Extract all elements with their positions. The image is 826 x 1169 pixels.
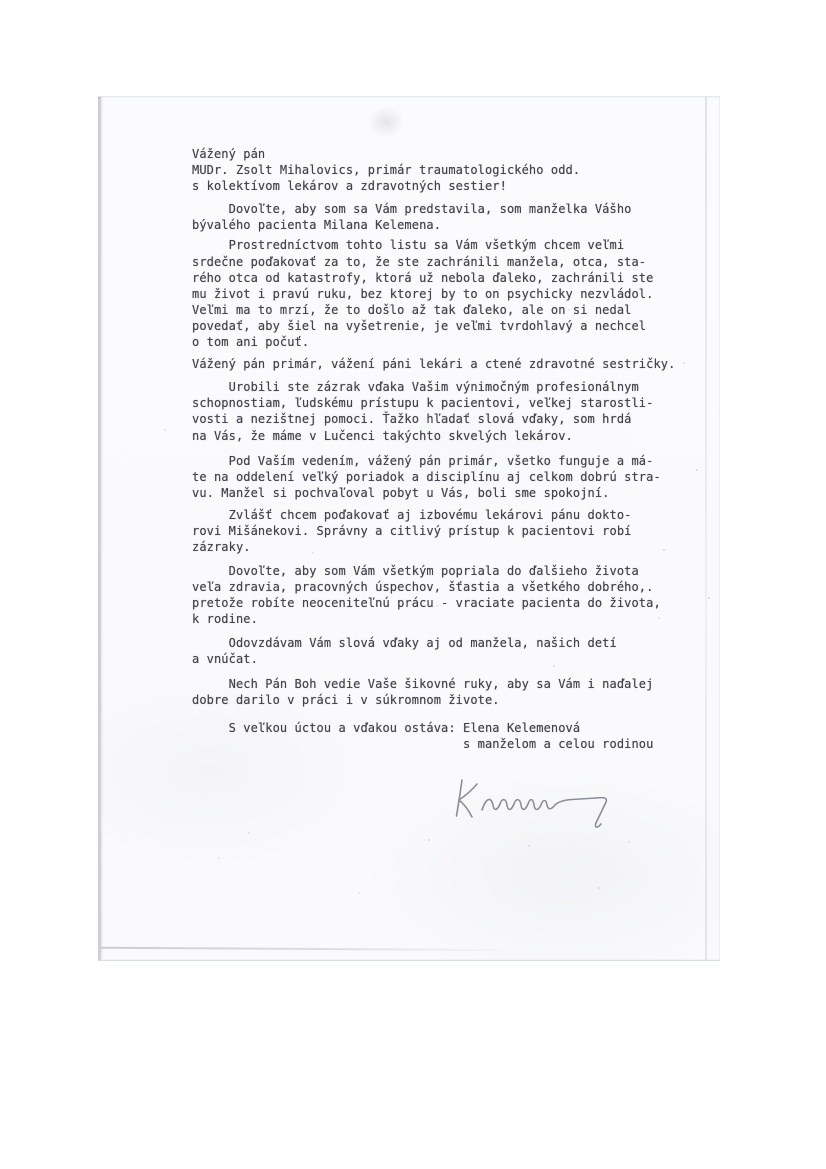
letter-block-wishes: Dovoľte, aby som Vám všetkým popriala do… [192, 563, 702, 627]
letter-line: mu život i pravú ruku, bez ktorej by to … [192, 286, 702, 302]
letter-line: Dovoľte, aby som Vám všetkým popriala do… [192, 563, 702, 579]
letter-text: Vážený pánMUDr. Zsolt Mihalovics, primár… [192, 146, 702, 752]
letter-line: Nech Pán Boh vedie Vaše šikovné ruky, ab… [192, 676, 702, 692]
letter-line: Prostredníctvom tohto listu sa Vám všetk… [192, 237, 702, 253]
letter-line: srdečne poďakovať za to, že ste zachráni… [192, 254, 702, 270]
signature-icon [446, 771, 636, 839]
letter-block-intro: Dovoľte, aby som sa Vám predstavila, som… [192, 201, 702, 233]
letter-line: rého otca od katastrofy, ktorá už nebola… [192, 270, 702, 286]
letter-line: s kolektívom lekárov a zdravotných sesti… [192, 178, 702, 194]
letter-block-leadership: Pod Vaším vedením, vážený pán primár, vš… [192, 453, 702, 501]
letter-line: na Vás, že máme v Lučenci takýchto skvel… [192, 428, 702, 444]
scan-speckles [98, 97, 99, 98]
letter-line: o tom ani počuť. [192, 334, 702, 350]
letter-line: vu. Manžel si pochvaľoval pobyt u Vás, b… [192, 485, 702, 501]
letter-line: k rodine. [192, 611, 702, 627]
letter-block-god: Nech Pán Boh vedie Vaše šikovné ruky, ab… [192, 676, 702, 708]
letter-block-doctor: Zvlášť chcem poďakovať aj izbovému lekár… [192, 507, 702, 555]
letter-line: te na oddelení veľký poriadok a disciplí… [192, 469, 702, 485]
letter-line: Pod Vaším vedením, vážený pán primár, vš… [192, 453, 702, 469]
letter-line: Veľmi ma to mrzí, že to došlo až tak ďal… [192, 302, 702, 318]
letter-line: MUDr. Zsolt Mihalovics, primár traumatol… [192, 162, 702, 178]
letter-line: bývalého pacienta Milana Kelemena. [192, 217, 702, 233]
letter-block-salutation: Vážený pánMUDr. Zsolt Mihalovics, primár… [192, 146, 702, 194]
letter-line: Vážený pán [192, 146, 702, 162]
letter-line: dobre darilo v práci i v súkromnom život… [192, 692, 702, 708]
letter-line: s manželom a celou rodinou [192, 736, 702, 752]
letter-block-miracle: Urobili ste zázrak vďaka Vašim výnimočný… [192, 379, 702, 443]
letter-block-address-line: Vážený pán primár, vážení páni lekári a … [192, 356, 702, 372]
letter-line: povedať, aby šiel na vyšetrenie, je veľm… [192, 318, 702, 334]
letter-line: Zvlášť chcem poďakovať aj izbovému lekár… [192, 507, 702, 523]
letter-line: pretože robíte neoceniteľnú prácu - vrac… [192, 595, 702, 611]
letter-line: veľa zdravia, pracovných úspechov, šťast… [192, 579, 702, 595]
scan-background: Vážený pánMUDr. Zsolt Mihalovics, primár… [0, 0, 826, 1169]
letter-line: zázraky. [192, 539, 702, 555]
letter-line: Urobili ste zázrak vďaka Vašim výnimočný… [192, 379, 702, 395]
letter-line: vosti a nezištnej pomoci. Ťažko hľadať s… [192, 411, 702, 427]
paper-crease-bottom [101, 947, 521, 952]
paper-crease-right [705, 97, 707, 960]
letter-line: rovi Mišánekovi. Správny a citlivý príst… [192, 523, 702, 539]
letter-line: a vnúčat. [192, 651, 702, 667]
letter-line: Vážený pán primár, vážení páni lekári a … [192, 356, 702, 372]
letter-line: schopnostiam, ľudskému prístupu k pacien… [192, 395, 702, 411]
scan-smudge [366, 105, 406, 139]
letter-line: Dovoľte, aby som sa Vám predstavila, som… [192, 201, 702, 217]
letter-block-thanks: Prostredníctvom tohto listu sa Vám všetk… [192, 237, 702, 350]
letter-block-closing: S veľkou úctou a vďakou ostáva: Elena Ke… [192, 720, 702, 752]
letter-line: Odovzdávam Vám slová vďaky aj od manžela… [192, 635, 702, 651]
scanned-letter-page: Vážený pánMUDr. Zsolt Mihalovics, primár… [98, 96, 720, 961]
letter-block-family: Odovzdávam Vám slová vďaky aj od manžela… [192, 635, 702, 667]
letter-line: S veľkou úctou a vďakou ostáva: Elena Ke… [192, 720, 702, 736]
handwritten-signature [446, 771, 636, 839]
